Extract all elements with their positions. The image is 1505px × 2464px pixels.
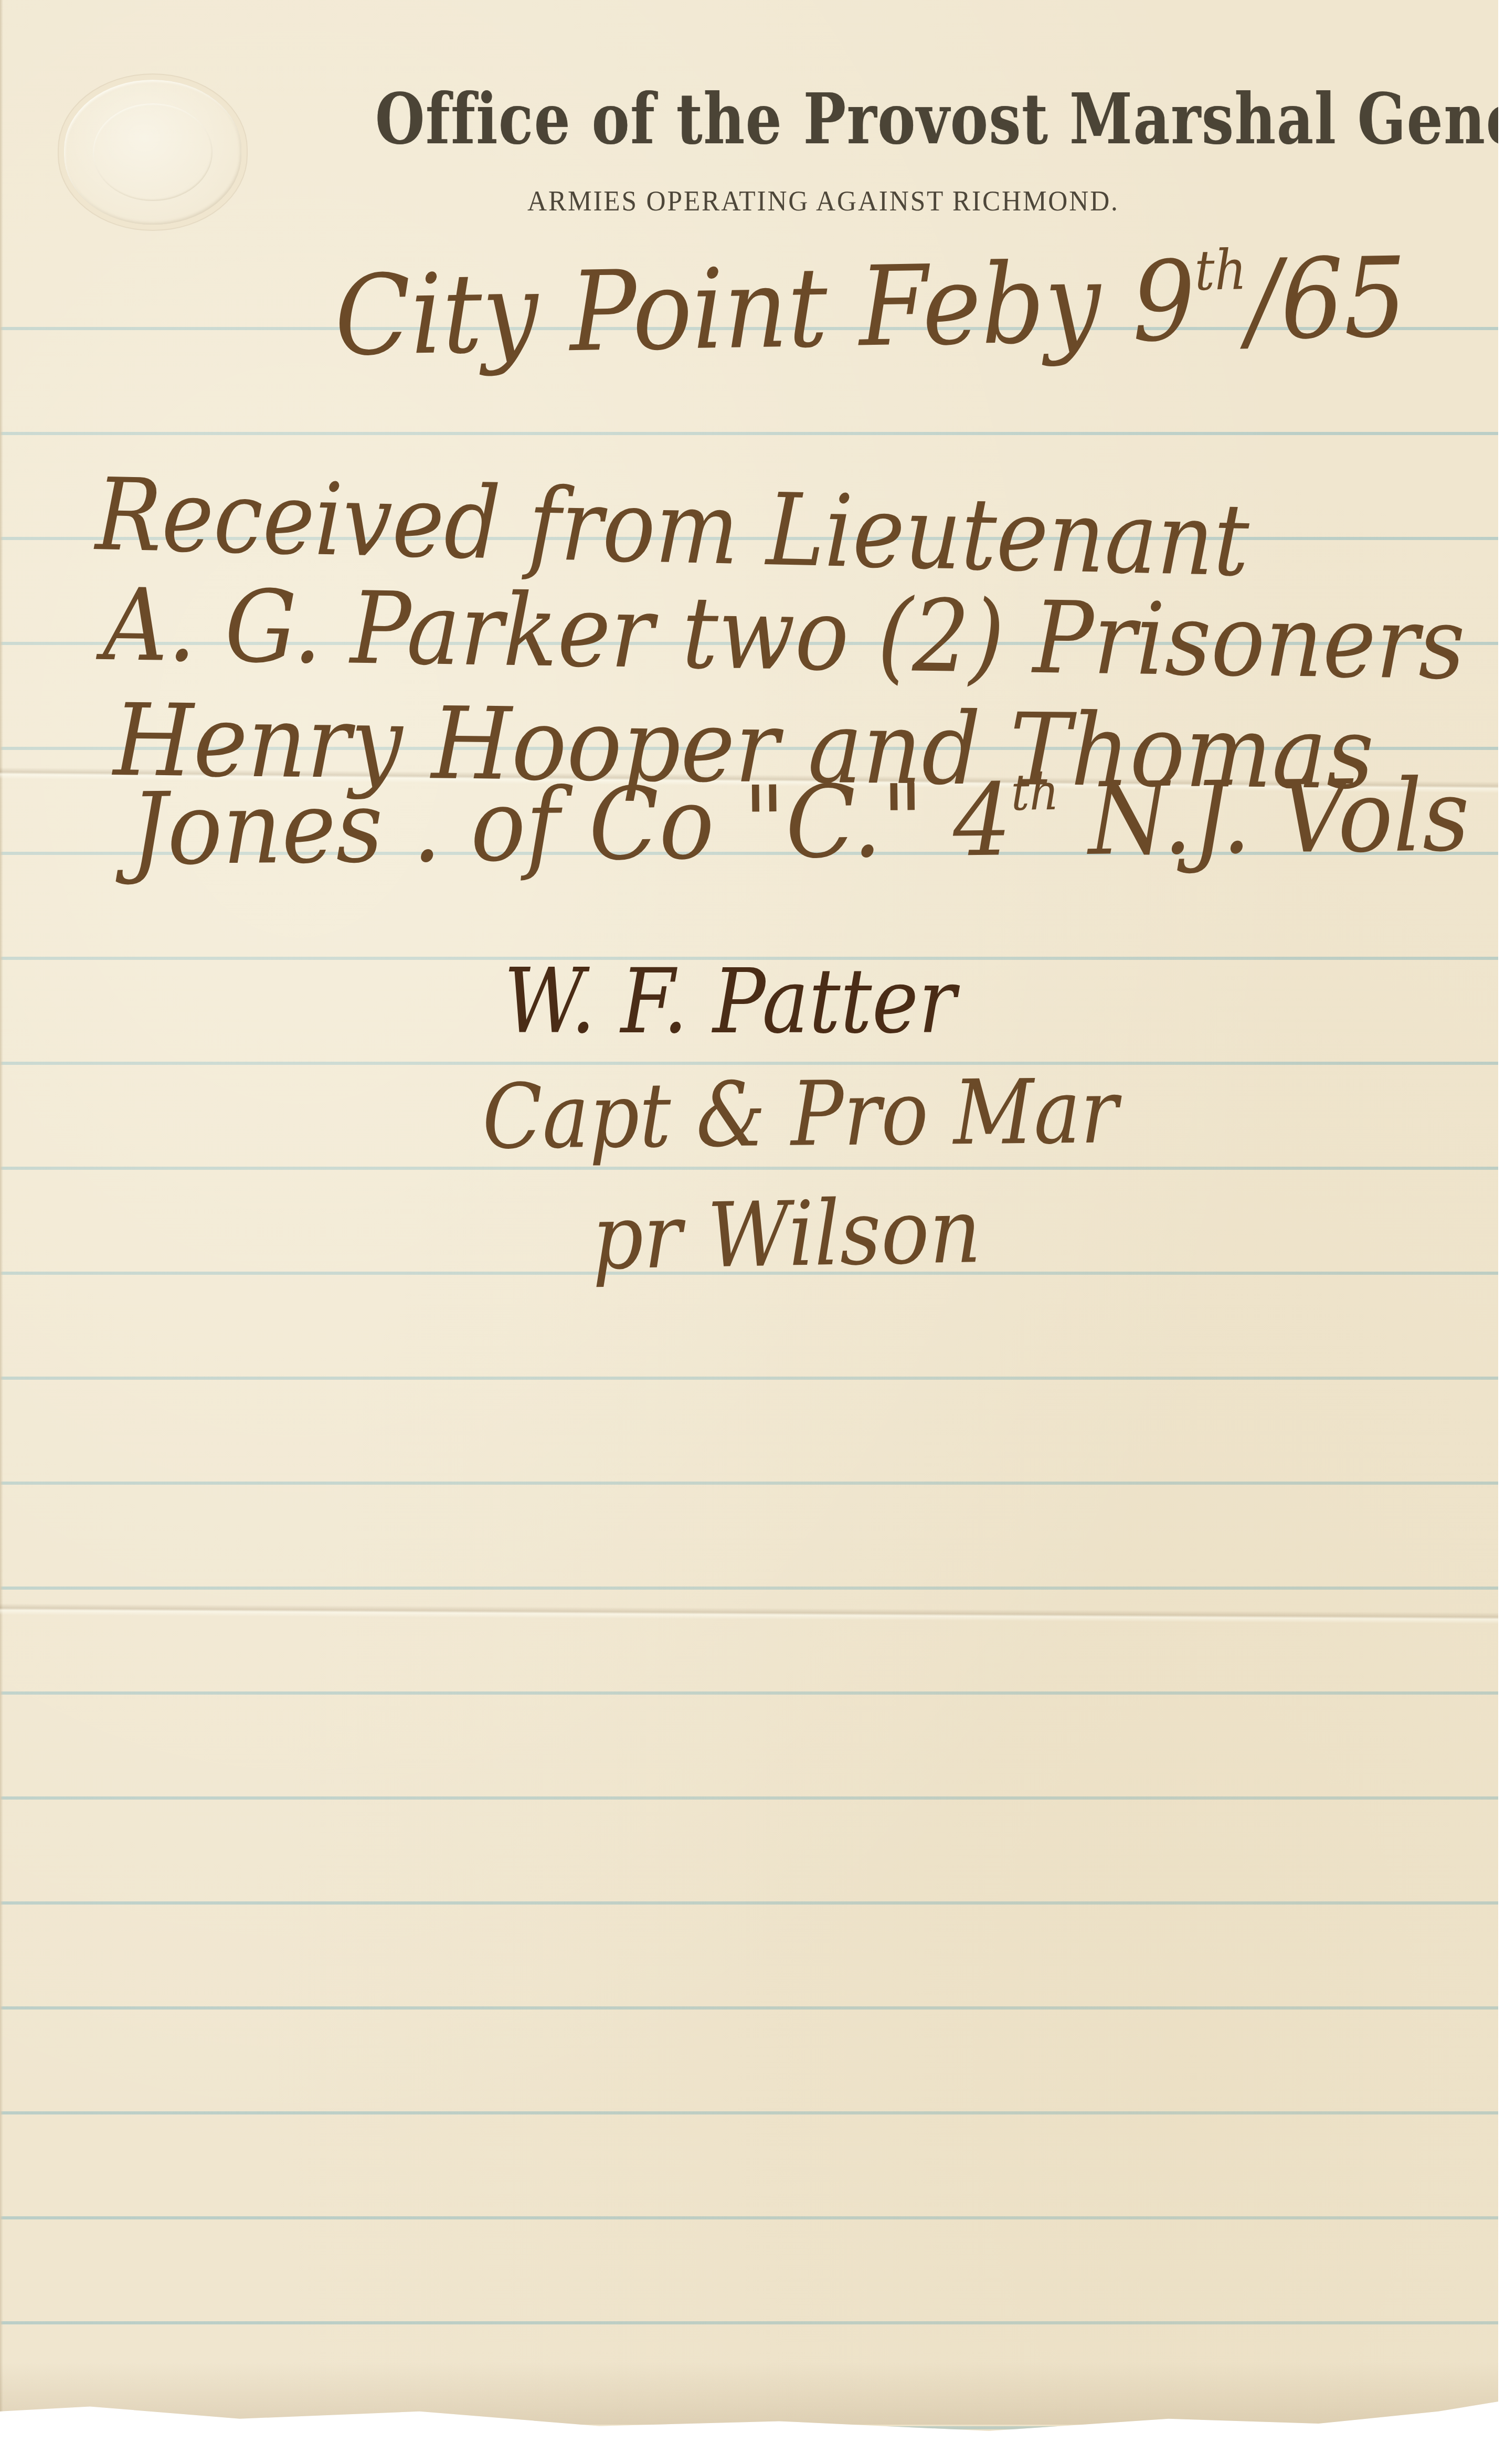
body-line-4-ordinal: th bbox=[1011, 764, 1059, 822]
letter-page: Office of the Provost Marshal General, A… bbox=[0, 0, 1498, 2446]
body-line-4-unit: N.J. Vols bbox=[1088, 757, 1470, 877]
signature-title: Capt & Pro Mar bbox=[482, 1060, 1118, 1169]
body-line-4-text: Jones . of Co "C." 4 bbox=[130, 762, 1012, 887]
dateline-ordinal: th bbox=[1194, 238, 1247, 303]
embossed-seal-icon bbox=[64, 80, 241, 225]
dateline: City Point Feby 9th/65 bbox=[334, 233, 1408, 380]
body-line-2: A. G. Parker two (2) Prisoners bbox=[102, 567, 1466, 702]
page-left-edge bbox=[0, 0, 3, 2446]
torn-bottom-edge bbox=[0, 2362, 1498, 2425]
letterhead-subtitle: ARMIES OPERATING AGAINST RICHMOND. bbox=[527, 185, 1119, 217]
fold-crease-lower bbox=[0, 1603, 1498, 1624]
body-line-4: Jones . of Co "C." 4th N.J. Vols bbox=[130, 757, 1470, 887]
signature-per: pr Wilson bbox=[591, 1179, 982, 1290]
seal-inner-ring bbox=[93, 103, 213, 201]
dateline-text: City Point Feby 9 bbox=[334, 237, 1196, 380]
dateline-year: /65 bbox=[1246, 233, 1407, 364]
signature-name: W. F. Patter bbox=[504, 950, 956, 1054]
letterhead-title: Office of the Provost Marshal General, bbox=[375, 79, 1236, 160]
